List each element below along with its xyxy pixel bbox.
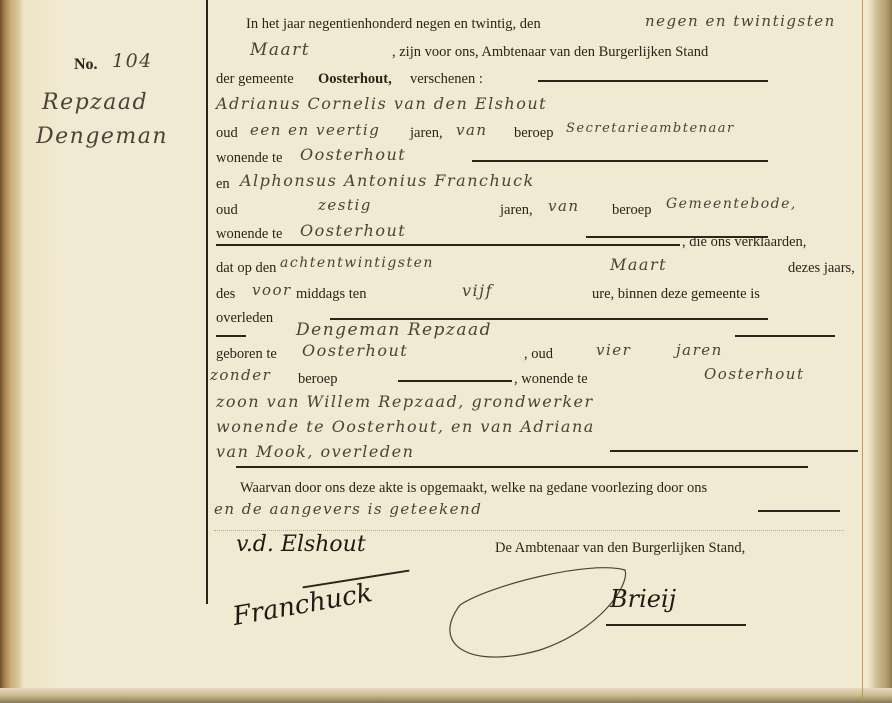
- parent-mother-status: van Mook, overleden: [216, 442, 414, 461]
- printed-years-label: jaren,: [500, 202, 533, 219]
- printed-on-date-label: dat op den: [216, 260, 276, 277]
- deceased-occupation: zonder: [210, 366, 271, 384]
- death-month: Maart: [610, 255, 667, 274]
- parent-father-residence-mother: wonende te Oosterhout, en van Adriana: [216, 417, 595, 436]
- signature-official: Brieij: [610, 585, 676, 613]
- date-day: negen en twintigsten: [645, 12, 836, 30]
- declarant2-age: zestig: [318, 196, 372, 214]
- register-page: No. 104 Repzaad Dengeman In het jaar neg…: [0, 0, 892, 703]
- printed-appeared: , zijn voor ons, Ambtenaar van den Burge…: [392, 44, 708, 61]
- fill-line: [735, 335, 835, 337]
- declarant2-van: van: [548, 197, 580, 215]
- page-edge-right: [868, 0, 892, 703]
- declarant2-name: Alphonsus Antonius Franchuck: [240, 171, 535, 190]
- fill-line: [472, 160, 768, 162]
- printed-occupation-label: beroep: [514, 125, 553, 142]
- printed-and-label: en: [216, 176, 230, 193]
- margin-column: No. 104 Repzaad Dengeman: [0, 0, 205, 703]
- deceased-surname: Repzaad: [42, 90, 148, 115]
- declarant2-occupation: Gemeentebode,: [666, 196, 797, 212]
- official-title: De Ambtenaar van den Burgerlijken Stand,: [495, 540, 745, 557]
- printed-born-label: geboren te: [216, 346, 277, 363]
- printed-municipality-label: der gemeente: [216, 71, 294, 88]
- printed-residence-label: wonende te: [216, 226, 282, 243]
- signature-flourish-loop: [430, 565, 660, 665]
- death-day: achtentwintigsten: [280, 255, 434, 271]
- record-number-value: 104: [112, 50, 153, 72]
- municipality-name: Oosterhout,: [318, 71, 392, 88]
- fill-line: [758, 510, 840, 512]
- deceased-birthplace: Oosterhout: [302, 341, 408, 360]
- printed-des-label: des: [216, 286, 235, 303]
- deceased-given-name: Dengeman: [36, 124, 168, 149]
- printed-midday-label: middags ten: [296, 286, 366, 303]
- printed-residence-label: , wonende te: [514, 371, 588, 388]
- death-hour: vijf: [462, 281, 493, 300]
- printed-occupation-label: beroep: [612, 202, 651, 219]
- margin-divider-line: [206, 0, 208, 604]
- deceased-age-years: jaren: [676, 341, 723, 359]
- printed-residence-label: wonende te: [216, 150, 282, 167]
- printed-age-label: oud: [216, 202, 238, 219]
- declarant2-residence: Oosterhout: [300, 221, 406, 240]
- printed-appeared-label: verschenen :: [410, 71, 483, 88]
- deceased-residence: Oosterhout: [704, 365, 804, 383]
- fill-line: [236, 466, 808, 468]
- fill-line: [216, 335, 246, 337]
- page-edge-line: [862, 0, 863, 700]
- declarant1-age: een en veertig: [250, 121, 380, 139]
- fill-line: [538, 80, 768, 82]
- declarant1-residence: Oosterhout: [300, 145, 406, 164]
- printed-deceased-label: overleden: [216, 310, 273, 327]
- deceased-name: Dengeman Repzaad: [296, 320, 492, 340]
- dotted-line: [214, 530, 844, 531]
- declarant1-name: Adrianus Cornelis van den Elshout: [216, 94, 547, 113]
- printed-closing-text: Waarvan door ons deze akte is opgemaakt,…: [240, 480, 707, 497]
- fill-line: [216, 244, 680, 246]
- fill-line: [610, 450, 858, 452]
- printed-age-label: oud: [216, 125, 238, 142]
- declarant1-van: van: [456, 121, 488, 139]
- declarant1-occupation: Secretarieambtenaar: [566, 121, 735, 136]
- printed-this-year: dezes jaars,: [788, 260, 855, 277]
- signed-statement: en de aangevers is geteekend: [214, 500, 482, 518]
- record-number-label: No.: [74, 56, 98, 74]
- fill-line: [398, 380, 512, 382]
- printed-declared: , die ons verklaarden,: [682, 234, 806, 251]
- date-month: Maart: [250, 40, 310, 60]
- printed-old-label: , oud: [524, 346, 553, 363]
- signature-underline: [606, 624, 746, 626]
- printed-hour-label: ure, binnen deze gemeente is: [592, 286, 760, 303]
- parent-father: zoon van Willem Repzaad, grondwerker: [216, 392, 594, 411]
- printed-occupation-label: beroep: [298, 371, 337, 388]
- printed-years-label: jaren,: [410, 125, 443, 142]
- deceased-age: vier: [596, 341, 631, 359]
- printed-intro: In het jaar negentienhonderd negen en tw…: [246, 16, 541, 33]
- time-of-day: voor: [252, 281, 292, 299]
- signature-witness-1: v.d. Elshout: [236, 532, 366, 557]
